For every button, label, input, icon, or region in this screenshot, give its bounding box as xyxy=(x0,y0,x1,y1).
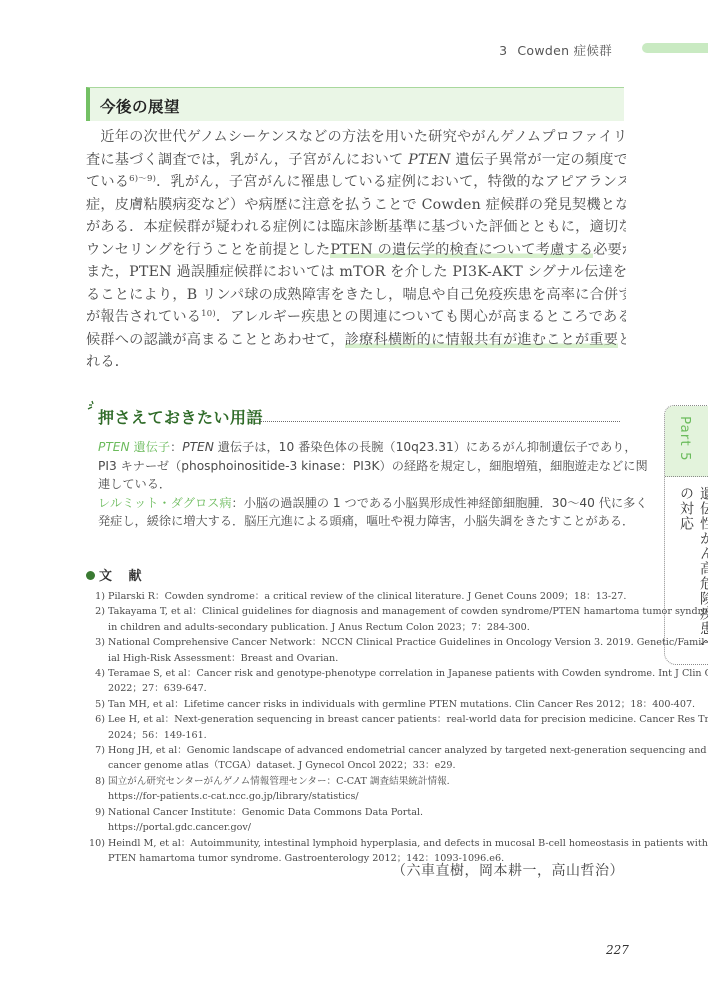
reference-item: 1)Pilarski R：Cowden syndrome：a critical … xyxy=(86,589,626,604)
text-line: 査に基づく調査では，乳がん，子宮がんにおいて PTEN 遺伝子異常が一定の頻度で… xyxy=(86,149,626,172)
reference-item: 4)Teramae S, et al：Cancer risk and genot… xyxy=(86,666,626,697)
term-lhermitte-duclos: レルミット・ダグロス病 xyxy=(98,496,232,510)
text-line: ウンセリングを行うことを前提としたPTEN の遺伝学的検査について考慮する必要が… xyxy=(86,239,626,262)
term-line: 発症し，緩徐に増大する．脳圧亢進による頭痛，嘔吐や視力障害，小脳失調をきたすこと… xyxy=(98,512,626,531)
dotted-leader xyxy=(260,421,620,422)
citation-ref[interactable]: 6)〜9) xyxy=(129,174,156,184)
page-number: 227 xyxy=(606,943,629,957)
term-line: PTEN 遺伝子：PTEN 遺伝子は，10 番染色体の長腕（10q23.31）に… xyxy=(98,438,626,457)
citation-ref[interactable]: 10) xyxy=(201,309,216,319)
body-paragraph: 近年の次世代ゲノムシーケンスなどの方法を用いた研究やがんゲノムプロファイリング検… xyxy=(86,126,626,374)
reference-item: 6)Lee H, et al：Next-generation sequencin… xyxy=(86,712,626,743)
text-line: れる． xyxy=(86,351,626,374)
section-heading-box: 今後の展望 xyxy=(86,87,624,121)
running-head: 3Cowden 症候群 xyxy=(499,41,612,59)
reference-item: 9)National Cancer Institute：Genomic Data… xyxy=(86,805,626,836)
part-label-box: Part 5 xyxy=(665,406,708,477)
references-list: 1)Pilarski R：Cowden syndrome：a critical … xyxy=(86,589,626,866)
reference-item: 5)Tan MH, et al：Lifetime cancer risks in… xyxy=(86,697,626,712)
term-line: レルミット・ダグロス病：小脳の過誤腫の 1 つである小脳異形成性神経節細胞腫．3… xyxy=(98,494,626,513)
term-line: 連している． xyxy=(98,475,626,494)
text-line: 症，皮膚粘膜病変など）や病歴に注意を払うことで Cowden 症候群の発見契機と… xyxy=(86,194,626,217)
reference-item: 3)National Comprehensive Cancer Network：… xyxy=(86,635,626,666)
key-terms-list: PTEN 遺伝子：PTEN 遺伝子は，10 番染色体の長腕（10q23.31）に… xyxy=(98,438,626,531)
reference-item: 8)国立がん研究センターがんゲノム情報管理センター：C-CAT 調査結果統計情報… xyxy=(86,774,626,805)
text-line: が報告されている10)．アレルギー疾患との関連についても関心が高まるところである… xyxy=(86,306,626,329)
section-heading: 今後の展望 xyxy=(100,95,180,117)
term-line: PI3 キナーゼ（phosphoinositide-3 kinase：PI3K）… xyxy=(98,457,626,476)
text-line: また，PTEN 過誤腫症候群においては mTOR を介した PI3K-AKT シ… xyxy=(86,261,626,284)
text-line: ることにより，B リンパ球の成熟障害をきたし，喘息や自己免疫疾患を高率に合併する… xyxy=(86,284,626,307)
highlighted-phrase: 診療科横断的に情報共有が進むことが重要 xyxy=(345,332,618,348)
key-terms-title: 押さえておきたい用語 xyxy=(98,405,263,428)
sparkle-icon xyxy=(86,400,98,412)
text-line: ている6)〜9)．乳がん，子宮がんに罹患している症例において，特徴的なアピアラン… xyxy=(86,171,626,194)
references-heading: 文 献 xyxy=(86,565,148,584)
reference-item: 2)Takayama T, et al：Clinical guidelines … xyxy=(86,604,626,635)
key-terms-heading: 押さえておきたい用語 xyxy=(90,404,620,428)
authors: （六車直樹，岡本耕一，高山哲治） xyxy=(392,860,624,880)
reference-item: 7)Hong JH, et al：Genomic landscape of ad… xyxy=(86,743,626,774)
term-pten: PTEN 遺伝子 xyxy=(98,440,170,454)
part-label: Part 5 xyxy=(677,416,693,462)
text-line: がある．本症候群が疑われる症例には臨床診断基準に基づいた評価とともに，適切な遺伝… xyxy=(86,216,626,239)
part-side-tab[interactable]: Part 5 遺伝性がん高危険疾患への対応 xyxy=(664,405,708,665)
chapter-number: 3 xyxy=(499,43,507,58)
reference-url[interactable]: https://portal.gdc.cancer.gov/ xyxy=(108,820,626,835)
chapter-title: Cowden 症候群 xyxy=(517,43,612,58)
highlighted-phrase: PTEN の遺伝学的検査について考慮する xyxy=(330,242,593,258)
text-line: 候群への認識が高まることとあわせて，診療科横断的に情報共有が進むことが重要と考え… xyxy=(86,329,626,352)
text-line: 近年の次世代ゲノムシーケンスなどの方法を用いた研究やがんゲノムプロファイリング検 xyxy=(86,126,626,149)
reference-url[interactable]: https://for-patients.c-cat.ncc.go.jp/lib… xyxy=(108,789,626,804)
header-accent-bar xyxy=(642,43,708,53)
bullet-icon xyxy=(86,571,95,580)
